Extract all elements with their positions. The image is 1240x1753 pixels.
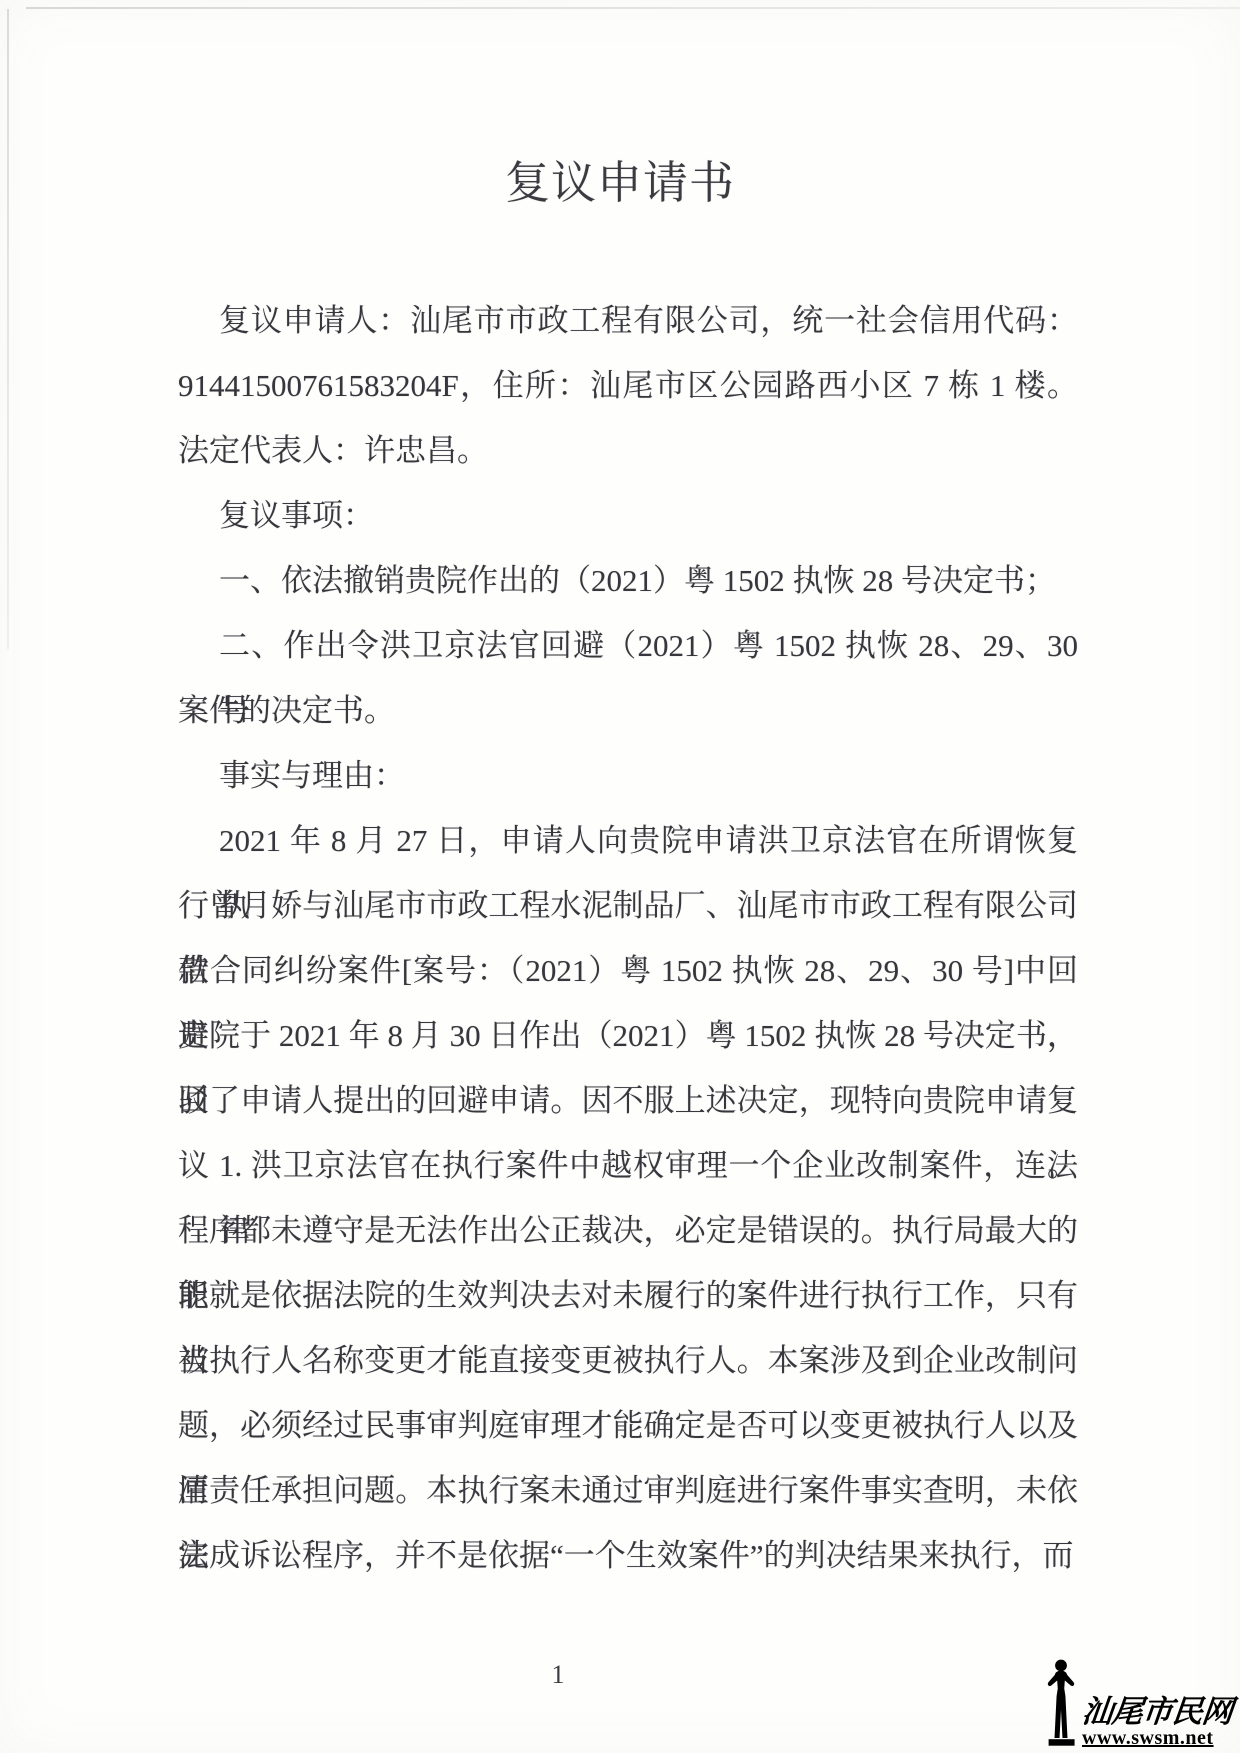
site-watermark: 汕尾市民网 www.swsm.net	[1043, 1659, 1232, 1751]
document-text-line: 题，必须经过民事审判庭审理才能确定是否可以变更被执行人以及厘	[178, 1393, 1078, 1458]
document-text-line: 款合同纠纷案件[案号：（2021）粤 1502 执恢 28、29、30 号]中回…	[178, 938, 1078, 1003]
document-title: 复议申请书	[0, 146, 1240, 211]
document-text-line: 程序都未遵守是无法作出公正裁决，必定是错误的。执行局最大的职	[178, 1198, 1078, 1263]
document-text-line: 复议事项：	[178, 483, 1078, 548]
document-text-line: 一、依法撤销贵院作出的（2021）粤 1502 执恢 28 号决定书；	[178, 548, 1078, 613]
person-silhouette-icon	[1043, 1659, 1079, 1751]
document-text-line: 行曾月娇与汕尾市市政工程水泥制品厂、汕尾市市政工程有限公司借	[178, 873, 1078, 938]
document-text-line: 完成诉讼程序，并不是依据“一个生效案件”的判决结果来执行，而	[178, 1523, 1078, 1588]
document-text-line: 91441500761583204F，住所：汕尾市区公园路西小区 7 栋 1 楼…	[178, 353, 1078, 418]
document-text-line: 案件的决定书。	[178, 678, 1078, 743]
watermark-text: 汕尾市民网 www.swsm.net	[1082, 1696, 1232, 1751]
document-text-line: 事实与理由：	[178, 743, 1078, 808]
scan-edge-top	[26, 7, 1240, 9]
document-text-line: 法定代表人：许忠昌。	[178, 418, 1078, 483]
document-text-line: 复议申请人：汕尾市市政工程有限公司，统一社会信用代码：	[178, 288, 1078, 353]
document-text-line: 2021 年 8 月 27 日，申请人向贵院申请洪卫京法官在所谓恢复执	[178, 808, 1078, 873]
document-text-line: 二、作出令洪卫京法官回避（2021）粤 1502 执恢 28、29、30 号	[178, 613, 1078, 678]
document-text-line: 回了申请人提出的回避申请。因不服上述决定，现特向贵院申请复议。	[178, 1068, 1078, 1133]
scanned-document-page: 复议申请书 复议申请人：汕尾市市政工程有限公司，统一社会信用代码：9144150…	[0, 0, 1240, 1753]
document-text-line: 1. 洪卫京法官在执行案件中越权审理一个企业改制案件，连法律	[178, 1133, 1078, 1198]
watermark-site-url: www.swsm.net	[1082, 1727, 1232, 1750]
page-number: 1	[178, 1660, 938, 1690]
document-text-line: 清责任承担问题。本执行案未通过审判庭进行案件事实查明，未依法	[178, 1458, 1078, 1523]
document-text-line: 贵院于 2021 年 8 月 30 日作出（2021）粤 1502 执恢 28 …	[178, 1003, 1078, 1068]
scan-edge-left	[7, 9, 9, 649]
document-text-line: 能就是依据法院的生效判决去对未履行的案件进行执行工作，只有当	[178, 1263, 1078, 1328]
watermark-site-name: 汕尾市民网	[1080, 1696, 1233, 1727]
document-text-line: 被执行人名称变更才能直接变更被执行人。本案涉及到企业改制问	[178, 1328, 1078, 1393]
document-body: 复议申请人：汕尾市市政工程有限公司，统一社会信用代码：9144150076158…	[178, 288, 1078, 1588]
